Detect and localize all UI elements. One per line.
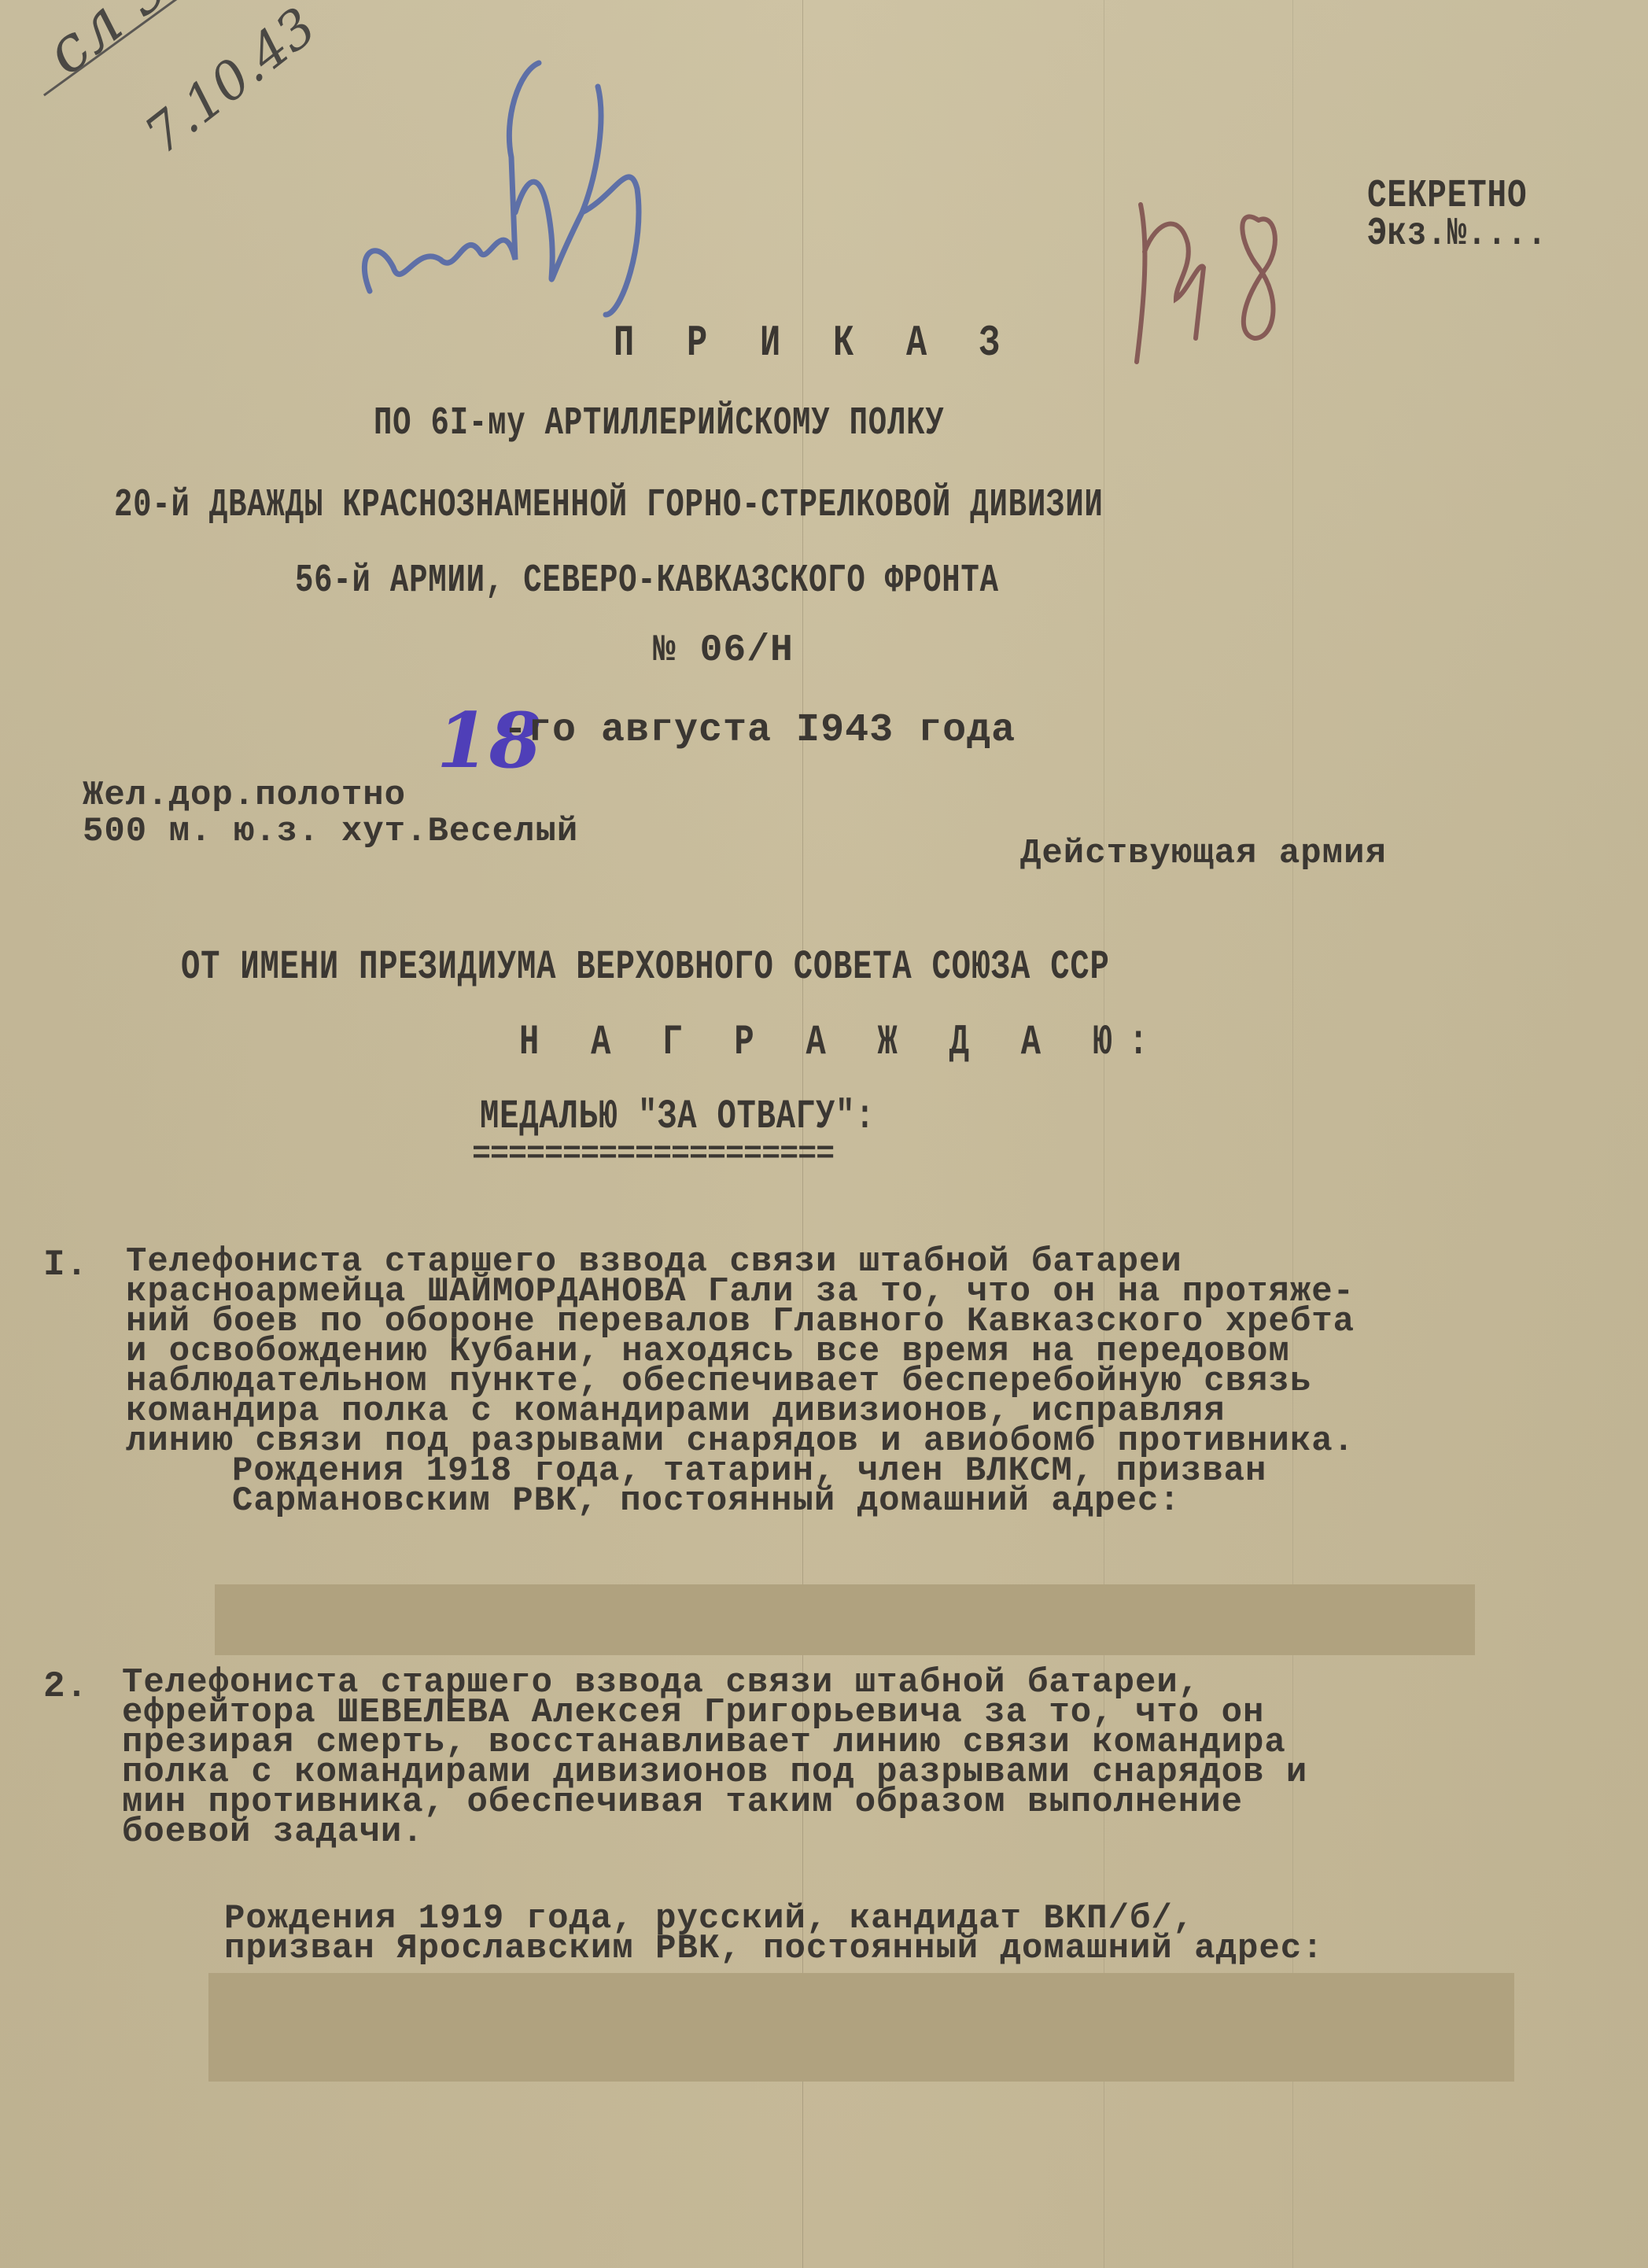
awardee-bio: Рождения 1919 года, русский, кандидат ВК… bbox=[224, 1904, 1324, 1964]
bio-line: призван Ярославским РВК, постоянный дома… bbox=[224, 1929, 1324, 1968]
header-regiment: ПО 6I-му АРТИЛЛЕРИЙСКОМУ ПОЛКУ bbox=[374, 401, 945, 446]
bio-line: Сармановским РВК, постоянный домашний ад… bbox=[232, 1481, 1181, 1521]
citation-line: боевой задачи. bbox=[122, 1813, 424, 1852]
page-title: П Р И К А З bbox=[614, 318, 1016, 368]
header-division: 20-й ДВАЖДЫ КРАСНОЗНАМЕННОЙ ГОРНО-СТРЕЛК… bbox=[114, 483, 1104, 528]
order-number: № 06/Н bbox=[653, 629, 794, 672]
award-underline: ==================== bbox=[472, 1137, 834, 1172]
pencil-date-annotation: 7.10.43 bbox=[134, 0, 327, 166]
awardee-number: I. bbox=[43, 1245, 88, 1285]
awardee-number: 2. bbox=[43, 1666, 88, 1707]
awardee-citation: Телефониста старшего взвода связи штабно… bbox=[126, 1247, 1355, 1456]
classification-block: СЕКРЕТНО Экз.№.... bbox=[1367, 178, 1547, 253]
awardee-bio: Рождения 1918 года, татарин, член ВЛКСМ,… bbox=[232, 1456, 1266, 1516]
decree-authority: ОТ ИМЕНИ ПРЕЗИДИУМА ВЕРХОВНОГО СОВЕТА СО… bbox=[181, 944, 1110, 990]
copy-number-label: Экз.№.... bbox=[1367, 212, 1547, 256]
award-name: МЕДАЛЬЮ "ЗА ОТВАГУ": bbox=[480, 1093, 875, 1140]
location-line-2: 500 м. ю.з. хут.Веселый bbox=[83, 812, 578, 851]
order-date: -го августа I943 года bbox=[503, 708, 1016, 753]
active-army-label: Действующая армия bbox=[1020, 834, 1387, 873]
awardee-citation: Телефониста старшего взвода связи штабно… bbox=[122, 1668, 1307, 1847]
decree-verb: Н А Г Р А Ж Д А Ю: bbox=[519, 1019, 1164, 1067]
redaction-block bbox=[208, 1973, 1514, 2082]
header-army-front: 56-й АРМИИ, СЕВЕРО-КАВКАЗСКОГО ФРОНТА bbox=[295, 559, 999, 603]
redaction-block bbox=[215, 1584, 1475, 1655]
red-number-annotation-icon bbox=[1101, 181, 1329, 370]
location-line-1: Жел.дор.полотно bbox=[83, 776, 406, 815]
pencil-annotation: сл 9 bbox=[31, 0, 183, 89]
location-block: Жел.дор.полотно 500 м. ю.з. хут.Веселый bbox=[83, 777, 578, 850]
blue-signature-icon bbox=[346, 55, 708, 323]
